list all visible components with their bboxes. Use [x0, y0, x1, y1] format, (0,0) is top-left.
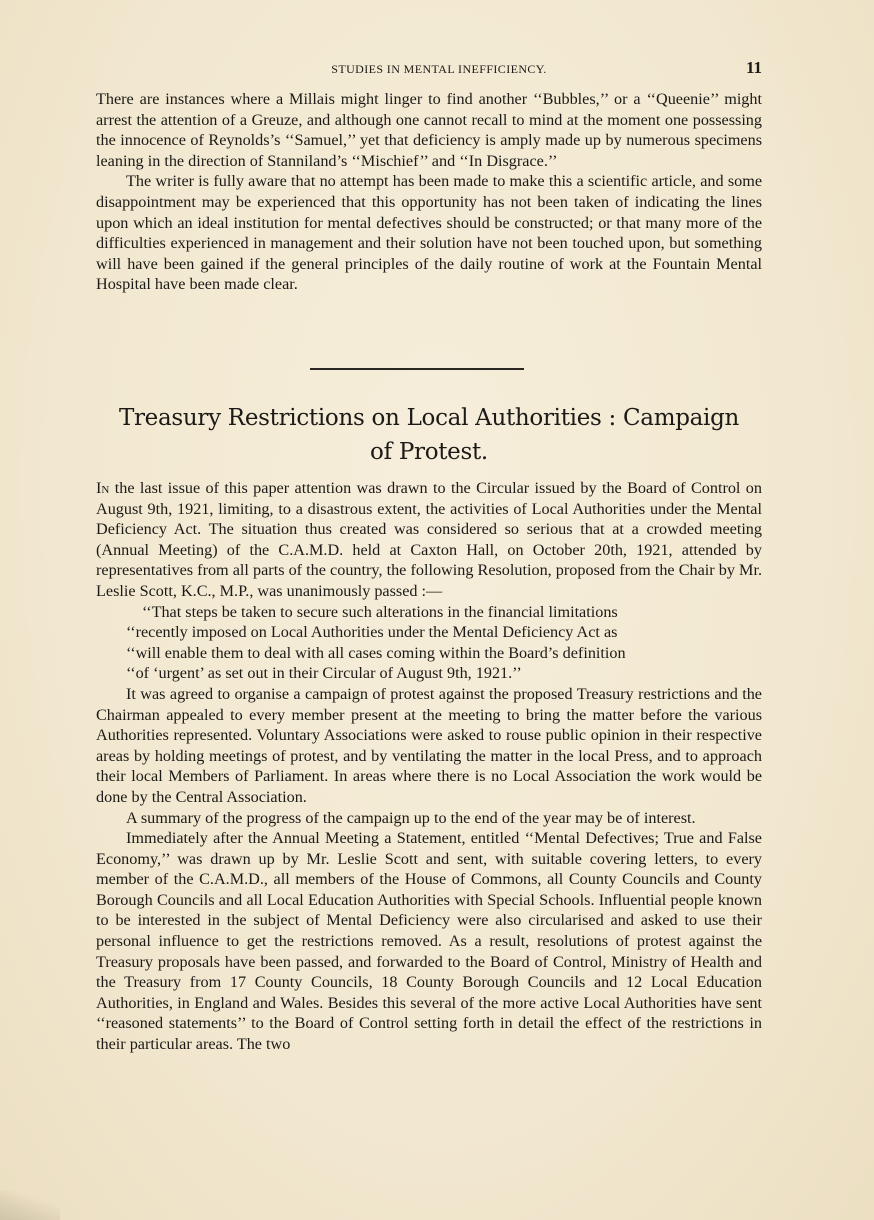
running-header: STUDIES IN MENTAL INEFFICIENCY. 11 [96, 58, 762, 78]
intro-text: the last issue of this paper attention w… [96, 479, 762, 600]
section-divider [310, 368, 524, 370]
article-title-line-2: of Protest. [96, 435, 762, 469]
article-title: Treasury Restrictions on Local Authoriti… [96, 401, 762, 469]
paragraph: Immediately after the Annual Meeting a S… [96, 828, 762, 1055]
previous-article-conclusion: There are instances where a Millais migh… [96, 89, 762, 295]
resolution-quote: ‘‘That steps be taken to secure such alt… [96, 602, 762, 684]
page-number: 11 [746, 58, 762, 78]
running-title: STUDIES IN MENTAL INEFFICIENCY. [96, 62, 762, 77]
intro-paragraph: In the last issue of this paper attentio… [96, 478, 762, 602]
resolution-line: ‘‘That steps be taken to secure such alt… [96, 602, 762, 623]
paragraph: There are instances where a Millais migh… [96, 89, 762, 171]
article-title-line-1: Treasury Restrictions on Local Authoriti… [96, 401, 762, 435]
resolution-line: ‘‘recently imposed on Local Authorities … [96, 622, 762, 643]
page-corner-shadow [0, 1190, 60, 1220]
resolution-line: ‘‘of ‘urgent’ as set out in their Circul… [96, 663, 762, 684]
paragraph: A summary of the progress of the campaig… [96, 808, 762, 829]
paragraph: It was agreed to organise a campaign of … [96, 684, 762, 808]
drop-word: In [96, 479, 109, 497]
document-page: STUDIES IN MENTAL INEFFICIENCY. 11 There… [0, 0, 874, 1220]
paragraph: The writer is fully aware that no attemp… [96, 171, 762, 295]
article-body: In the last issue of this paper attentio… [96, 478, 762, 1055]
resolution-line: ‘‘will enable them to deal with all case… [96, 643, 762, 664]
